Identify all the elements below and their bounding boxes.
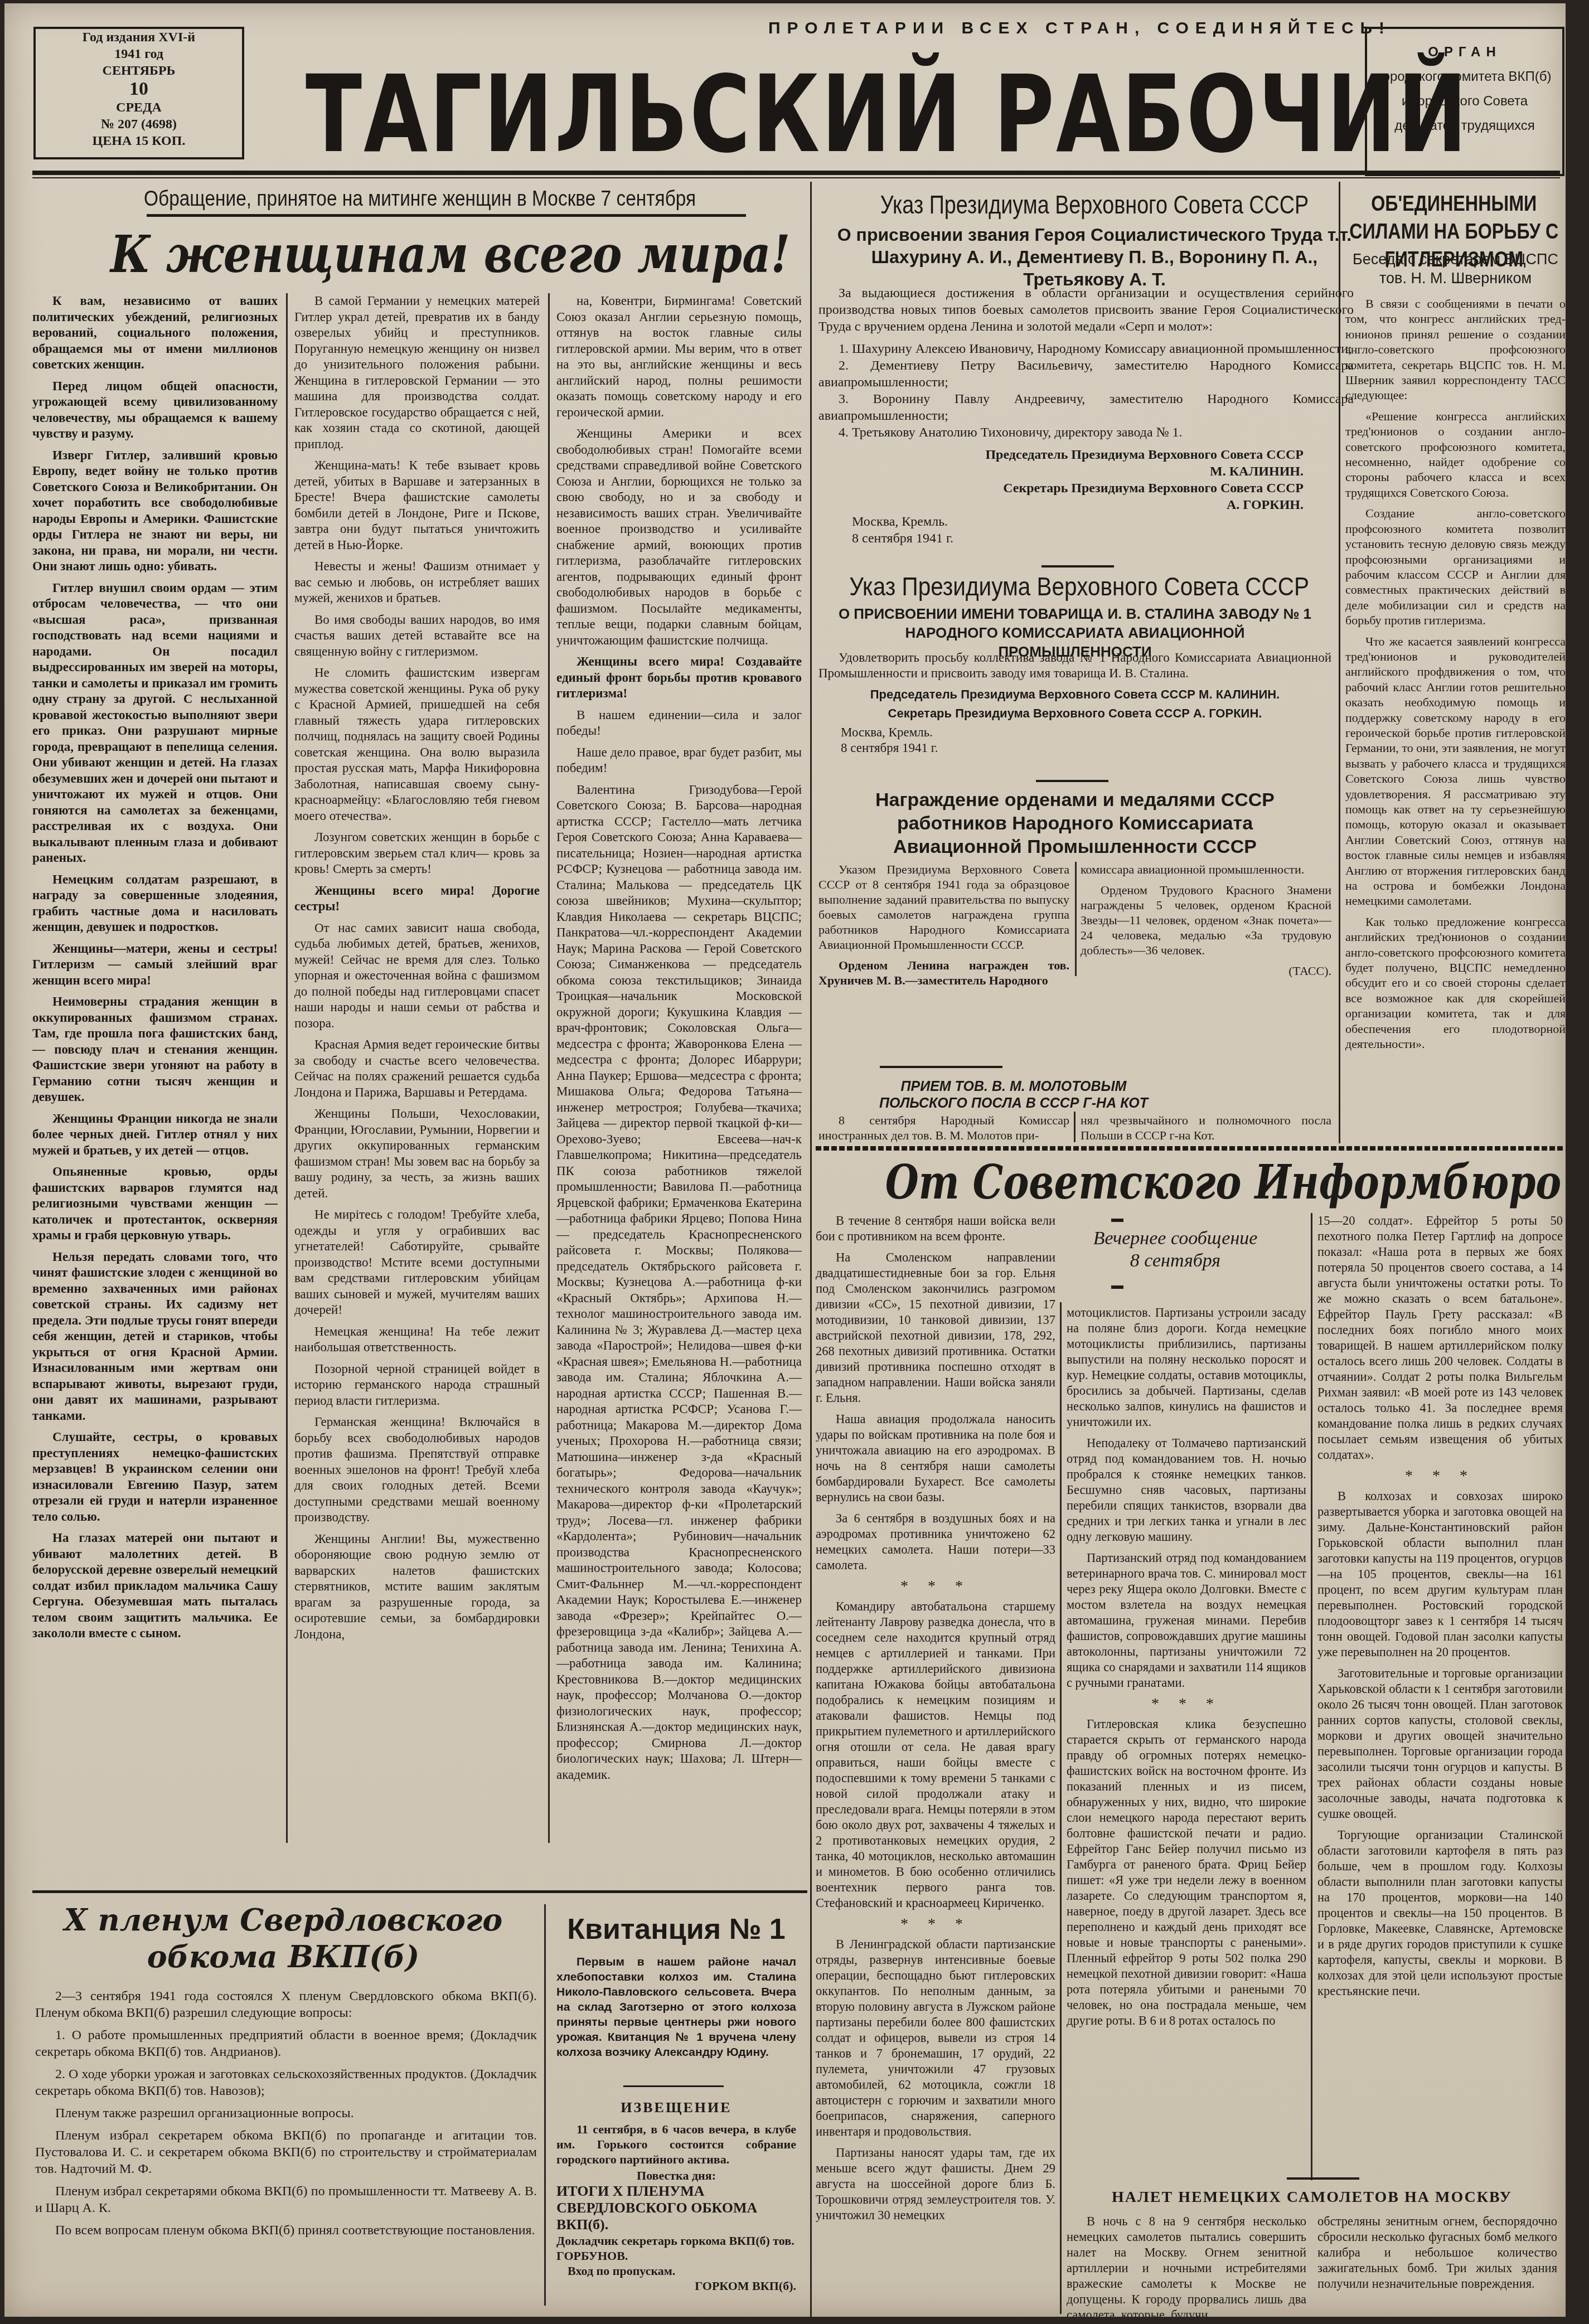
appeal-paragraph: Не мирітесь с голодом! Требуйте хлеба, о… (294, 1207, 540, 1318)
kicker-underline (147, 214, 746, 217)
section-separator (1287, 2177, 1359, 2180)
ornament-divider (623, 2085, 724, 2087)
appeal-title: К женщинам всего мира! (110, 224, 790, 285)
sovinform-paragraph: мотоциклистов. Партизаны устроили засаду… (1067, 1305, 1306, 1430)
sovinform-paragraph: Партизанский отряд под командованием вет… (1067, 1550, 1306, 1691)
sovinform-paragraph: Заготовительные и торговые организации Х… (1317, 1666, 1563, 1822)
appeal-paragraph: Гитлер внушил своим ордам — этим отброса… (32, 580, 278, 866)
column-divider (548, 293, 550, 1843)
awards-paragraph: Орденом Трудового Красного Знамени награ… (1081, 882, 1331, 958)
decree2-secretary: Секретарь Президиума Верховного Совета С… (818, 706, 1331, 721)
decree1-secretary-name: А. ГОРКИН. (818, 497, 1354, 513)
shvernik-paragraph: Что же касается заявлений конгресса тред… (1345, 634, 1566, 909)
shvernik-paragraph: В связи с сообщениями в печати о том, чт… (1345, 296, 1566, 403)
appeal-column-1: К вам, независимо от ваших политических … (32, 293, 278, 1843)
party-slogan: ПРОЛЕТАРИИ ВСЕХ СТРАН, СОЕДИНЯЙТЕСЬ! (768, 19, 1391, 38)
decree1-place: Москва, Кремль. (818, 513, 1354, 530)
issue-weekday: СРЕДА (36, 99, 242, 116)
appeal-paragraph: Женщины Франции никогда не знали более ч… (32, 1111, 278, 1159)
notice-title: ИЗВЕЩЕНИЕ (556, 2099, 796, 2116)
sovinform-title: От Советского Информбюро (885, 1154, 1494, 1210)
shvernik-paragraph: Как только предложение конгресса английс… (1345, 914, 1566, 1052)
issue-price: ЦЕНА 15 КОП. (36, 133, 242, 149)
notice-speaker: Докладчик секретарь горкома ВКП(б) тов. … (556, 2233, 796, 2263)
decree2-text: Удовлетворить просьбу коллектива завода … (818, 650, 1331, 681)
appeal-paragraph: На глазах матерей они пытают и убивают м… (32, 1530, 278, 1642)
decree2-chairman: Председатель Президиума Верховного Совет… (818, 687, 1331, 702)
evening-date: 8 сентября (1064, 1250, 1287, 1272)
receipt-paragraph: Первым в нашем районе начал хлебопоставк… (556, 1954, 796, 2060)
issue-month: СЕНТЯБРЬ (36, 62, 242, 79)
appeal-paragraph: Позорной черной страницей войдет в истор… (294, 1361, 540, 1409)
molotov-title: ПРИЕМ ТОВ. В. М. МОЛОТОВЫМ ПОЛЬСКОГО ПОС… (858, 1078, 1170, 1112)
appeal-paragraph: на, Ковентри, Бирмингама! Советский Союз… (556, 293, 802, 420)
decree1-body: За выдающиеся достижения в области орган… (818, 285, 1354, 547)
notice-text: 11 сентября, в 6 часов вечера, в клубе и… (556, 2122, 796, 2167)
sovinform-paragraph: 15—20 солдат». Ефрейтор 5 роты 50 пехотн… (1317, 1213, 1563, 1463)
appeal-paragraph: Женщины Англии! Вы, мужественно обороняю… (294, 1531, 540, 1643)
awards-title: Награждение орденами и медалями СССР раб… (841, 788, 1309, 858)
awards-paragraph: Орденом Ленина награжден тов. Хруничев М… (818, 958, 1069, 988)
evening-dash (1111, 1219, 1123, 1222)
sovinform-column-3: 15—20 солдат». Ефрейтор 5 роты 50 пехотн… (1317, 1213, 1563, 2177)
appeal-paragraph: Женщины Америки и всех свободолюбивых ст… (556, 426, 802, 648)
awards-paragraph: Указом Президиума Верховного Совета СССР… (818, 862, 1069, 952)
appeal-paragraph: Германская женщина! Включайся в борьбу в… (294, 1414, 540, 1526)
appeal-paragraph: Перед лицом общей опасности, угрожающей … (32, 379, 278, 442)
masthead-rule (32, 171, 1560, 175)
appeal-signatories: Валентина Гризодубова—Герой Советского С… (556, 782, 802, 1783)
column-divider (1311, 1213, 1312, 2180)
appeal-subhead: Женщины всего мира! Дорогие сестры! (294, 883, 540, 915)
awards-source: (ТАСС). (1081, 963, 1331, 978)
appeal-paragraph: Лозунгом советских женщин в борьбе с гит… (294, 829, 540, 877)
column-divider (286, 293, 288, 1843)
column-divider (1060, 1302, 1062, 2314)
section-separator (1041, 565, 1114, 567)
column-divider (1074, 1112, 1076, 1142)
decree1-item: 1. Шахурину Алексею Ивановичу, Народному… (818, 341, 1354, 357)
sovinform-paragraph: Наша авиация продолжала наносить удары п… (816, 1411, 1055, 1505)
molotov-column-1: 8 сентября Народный Комиссар иностранных… (818, 1113, 1069, 1148)
molotov-text: нял чрезвычайного и полномочного посла П… (1081, 1113, 1331, 1143)
appeal-paragraph: К вам, независимо от ваших политических … (32, 293, 278, 373)
appeal-paragraph: Невесты и жены! Фашизм отнимает у вас се… (294, 559, 540, 607)
issue-day: 10 (36, 79, 242, 99)
appeal-paragraph: Неимоверны страдания женщин в оккупирова… (32, 994, 278, 1105)
masthead-rule-thin (32, 177, 1560, 178)
air-raid-column-1: В ночь с 8 на 9 сентября несколько немец… (1067, 2214, 1306, 2317)
decree1-item: 3. Воронину Павлу Андреевичу, заместител… (818, 391, 1354, 424)
plenum-paragraph: Пленум избрал секретарями обкома ВКП(б) … (35, 2183, 537, 2216)
sovinform-paragraph: Торгующие организации Сталинской области… (1317, 1827, 1563, 1999)
decree1-signer-role: Председатель Президиума Верховного Совет… (818, 447, 1354, 463)
appeal-kicker: Обращение, принятое на митинге женщин в … (144, 187, 696, 211)
notice-agenda-label: Повестка дня: (556, 2168, 796, 2183)
stars-separator: * * * (1317, 1468, 1563, 1484)
stars-separator: * * * (816, 1579, 1055, 1594)
appeal-paragraph: От нас самих зависит наша свобода, судьб… (294, 920, 540, 1032)
appeal-paragraph: В самой Германии у немецких матерей Гитл… (294, 293, 540, 452)
plenum-title: X пленум Свердловского обкома ВКП(б) (55, 1901, 512, 1975)
appeal-paragraph: Красная Армия ведет героические битвы за… (294, 1037, 540, 1100)
decree2-body: Удовлетворить просьбу коллектива завода … (818, 650, 1331, 756)
issue-year: 1941 год (36, 46, 242, 62)
stars-separator: * * * (816, 1917, 1055, 1932)
appeal-paragraph: Нельзя передать словами того, что чинят … (32, 1249, 278, 1424)
appeal-column-3: на, Ковентри, Бирмингама! Советский Союз… (556, 293, 802, 1843)
decree2-date: 8 сентября 1941 г. (818, 740, 1331, 756)
sovinform-paragraph: В течение 8 сентября наши войска вели бо… (816, 1213, 1055, 1244)
plenum-top-rule (32, 1890, 807, 1893)
appeal-paragraph: Во имя свободы ваших народов, во имя сча… (294, 612, 540, 660)
notice-body: 11 сентября, в 6 часов вечера, в клубе и… (556, 2122, 796, 2293)
column-divider (1075, 862, 1077, 976)
appeal-paragraph: Женщина-мать! К тебе взывает кровь детей… (294, 458, 540, 553)
sovinform-paragraph: Гитлеровская клика безуспешно старается … (1067, 1716, 1306, 2029)
appeal-paragraph: Женщины Польши, Чехословакии, Франции, Ю… (294, 1106, 540, 1201)
air-raid-text: обстреляны зенитным огнем, беспорядочно … (1317, 2214, 1557, 2292)
appeal-paragraph: Опьяненные кровью, орды фашистских варва… (32, 1164, 278, 1244)
shvernik-paragraph: Создание англо-советского профсоюзного к… (1345, 506, 1566, 628)
half-page-divider (810, 182, 812, 2317)
sovinform-paragraph: На Смоленском направлении двадцатишестид… (816, 1250, 1055, 1406)
organ-line-2: и городского Совета (1367, 89, 1562, 114)
decree2-place: Москва, Кремль. (818, 725, 1331, 740)
molotov-column-2: нял чрезвычайного и полномочного посла П… (1081, 1113, 1331, 1148)
decree1-title: Указ Президиума Верховного Совета СССР (868, 190, 1321, 219)
plenum-body: 2—3 сентября 1941 года состоялся X плену… (35, 1988, 537, 2244)
sovinform-paragraph: В Ленинградской области партизанские отр… (816, 1937, 1055, 2139)
plenum-paragraph: Пленум также разрешил организационные во… (35, 2105, 537, 2122)
notice-agenda: ИТОГИ X ПЛЕНУМА СВЕРДЛОВСКОГО ОБКОМА ВКП… (556, 2183, 796, 2233)
plenum-paragraph: 2—3 сентября 1941 года состоялся X плену… (35, 1988, 537, 2021)
decree1-date: 8 сентября 1941 г. (818, 530, 1354, 547)
column-divider (544, 1904, 546, 2306)
section-separator (880, 1066, 1002, 1068)
newspaper-page: Год издания XVI-й 1941 год СЕНТЯБРЬ 10 С… (4, 3, 1566, 2317)
appeal-paragraph: Женщины—матери, жены и сестры! Гитлеризм… (32, 941, 278, 989)
decree1-intro: За выдающиеся достижения в области орган… (818, 285, 1354, 335)
appeal-paragraph: Немецкая женщина! На тебе лежит наибольш… (294, 1324, 540, 1356)
receipt-text: Первым в нашем районе начал хлебопоставк… (556, 1954, 796, 2065)
section-separator (1036, 780, 1108, 782)
sovinform-column-1: В течение 8 сентября наши войска вели бо… (816, 1213, 1055, 2314)
decree1-subtitle: О присвоении звания Героя Социалистическ… (827, 224, 1362, 290)
air-raid-title: НАЛЕТ НЕМЕЦКИХ САМОЛЕТОВ НА МОСКВУ (1064, 2189, 1560, 2206)
shvernik-paragraph: «Решение конгресса английских тред'юнион… (1345, 409, 1566, 500)
stars-separator: * * * (1067, 1696, 1306, 1712)
receipt-title: Квитанция № 1 (554, 1913, 799, 1946)
decree1-item: 2. Дементиеву Петру Васильевичу, замести… (818, 357, 1354, 391)
column-divider (1339, 182, 1340, 1143)
sovinform-paragraph: Командиру автобатальона старшему лейтена… (816, 1599, 1055, 1911)
organ-line-1: городского комитета ВКП(б) (1367, 65, 1562, 89)
notice-signature: ГОРКОМ ВКП(б). (556, 2278, 796, 2293)
plenum-paragraph: 1. О работе промышленных предприятий обл… (35, 2027, 537, 2060)
appeal-paragraph: Изверг Гитлер, заливший кровью Европу, в… (32, 448, 278, 575)
evening-dash (1111, 1285, 1123, 1289)
organ-line-3: депутатов трудящихся (1367, 114, 1562, 138)
plenum-paragraph: Пленум избрал секретарем обкома ВКП(б) п… (35, 2127, 537, 2177)
molotov-text: 8 сентября Народный Комиссар иностранных… (818, 1113, 1069, 1143)
notice-entry: Вход по пропускам. (556, 2263, 796, 2278)
issue-number: № 207 (4698) (36, 116, 242, 133)
year-of-issue: Год издания XVI-й (36, 29, 242, 46)
air-raid-text: В ночь с 8 на 9 сентября несколько немец… (1067, 2214, 1306, 2317)
awards-column-2: комиссара авиационной промышленности. Ор… (1081, 862, 1331, 978)
appeal-paragraph: Не сломить фашистским извергам мужества … (294, 665, 540, 824)
wavy-divider (816, 1146, 1563, 1151)
plenum-paragraph: 2. О ходе уборки урожая и заготовках сел… (35, 2066, 537, 2099)
organ-label: ОРГАН (1367, 40, 1562, 65)
evening-label: Вечернее сообщение (1064, 1228, 1287, 1250)
appeal-paragraph: Наше дело правое, враг будет разбит, мы … (556, 745, 802, 777)
plenum-paragraph: По всем вопросам пленум обкома ВКП(б) пр… (35, 2222, 537, 2239)
decree2-title: Указ Президиума Верховного Совета СССР (849, 572, 1301, 601)
air-raid-column-2: обстреляны зенитным огнем, беспорядочно … (1317, 2214, 1557, 2297)
shvernik-subtitle: Беседа с секретарем ВЦСПС тов. Н. М. Шве… (1345, 250, 1566, 288)
awards-column-1: Указом Президиума Верховного Совета СССР… (818, 862, 1069, 993)
appeal-paragraph: Женщины всего мира! Создавайте единый фр… (556, 654, 802, 702)
appeal-paragraph: Немецким солдатам разрешают, в награду з… (32, 872, 278, 935)
issue-info-box: Год издания XVI-й 1941 год СЕНТЯБРЬ 10 С… (33, 27, 244, 159)
awards-paragraph: комиссара авиационной промышленности. (1081, 862, 1331, 877)
sovinform-paragraph: Неподалеку от Толмачево партизанский отр… (1067, 1435, 1306, 1545)
sovinform-paragraph: В колхозах и совхозах широко развертывае… (1317, 1488, 1563, 1660)
sovinform-paragraph: Партизаны наносят удары там, где их мень… (816, 2145, 1055, 2223)
appeal-paragraph: Слушайте, сестры, о кровавых преступлени… (32, 1429, 278, 1525)
decree1-signer-name: М. КАЛИНИН. (818, 463, 1354, 480)
organ-box: ОРГАН городского комитета ВКП(б) и город… (1365, 27, 1564, 176)
sovinform-column-2: мотоциклистов. Партизаны устроили засаду… (1067, 1305, 1306, 2130)
decree1-item: 4. Третьякову Анатолию Тихоновичу, дирек… (818, 424, 1354, 441)
appeal-paragraph: В нашем единении—сила и залог победы! (556, 707, 802, 739)
shvernik-body: В связи с сообщениями в печати о том, чт… (1345, 296, 1566, 1143)
newspaper-title: ТАГИЛЬСКИЙ РАБОЧИЙ (306, 59, 1141, 171)
sovinform-paragraph: За 6 сентября в воздушных боях и на аэро… (816, 1511, 1055, 1573)
decree1-secretary-role: Секретарь Президиума Верховного Совета С… (818, 480, 1354, 497)
appeal-column-2: В самой Германии у немецких матерей Гитл… (294, 293, 540, 1843)
